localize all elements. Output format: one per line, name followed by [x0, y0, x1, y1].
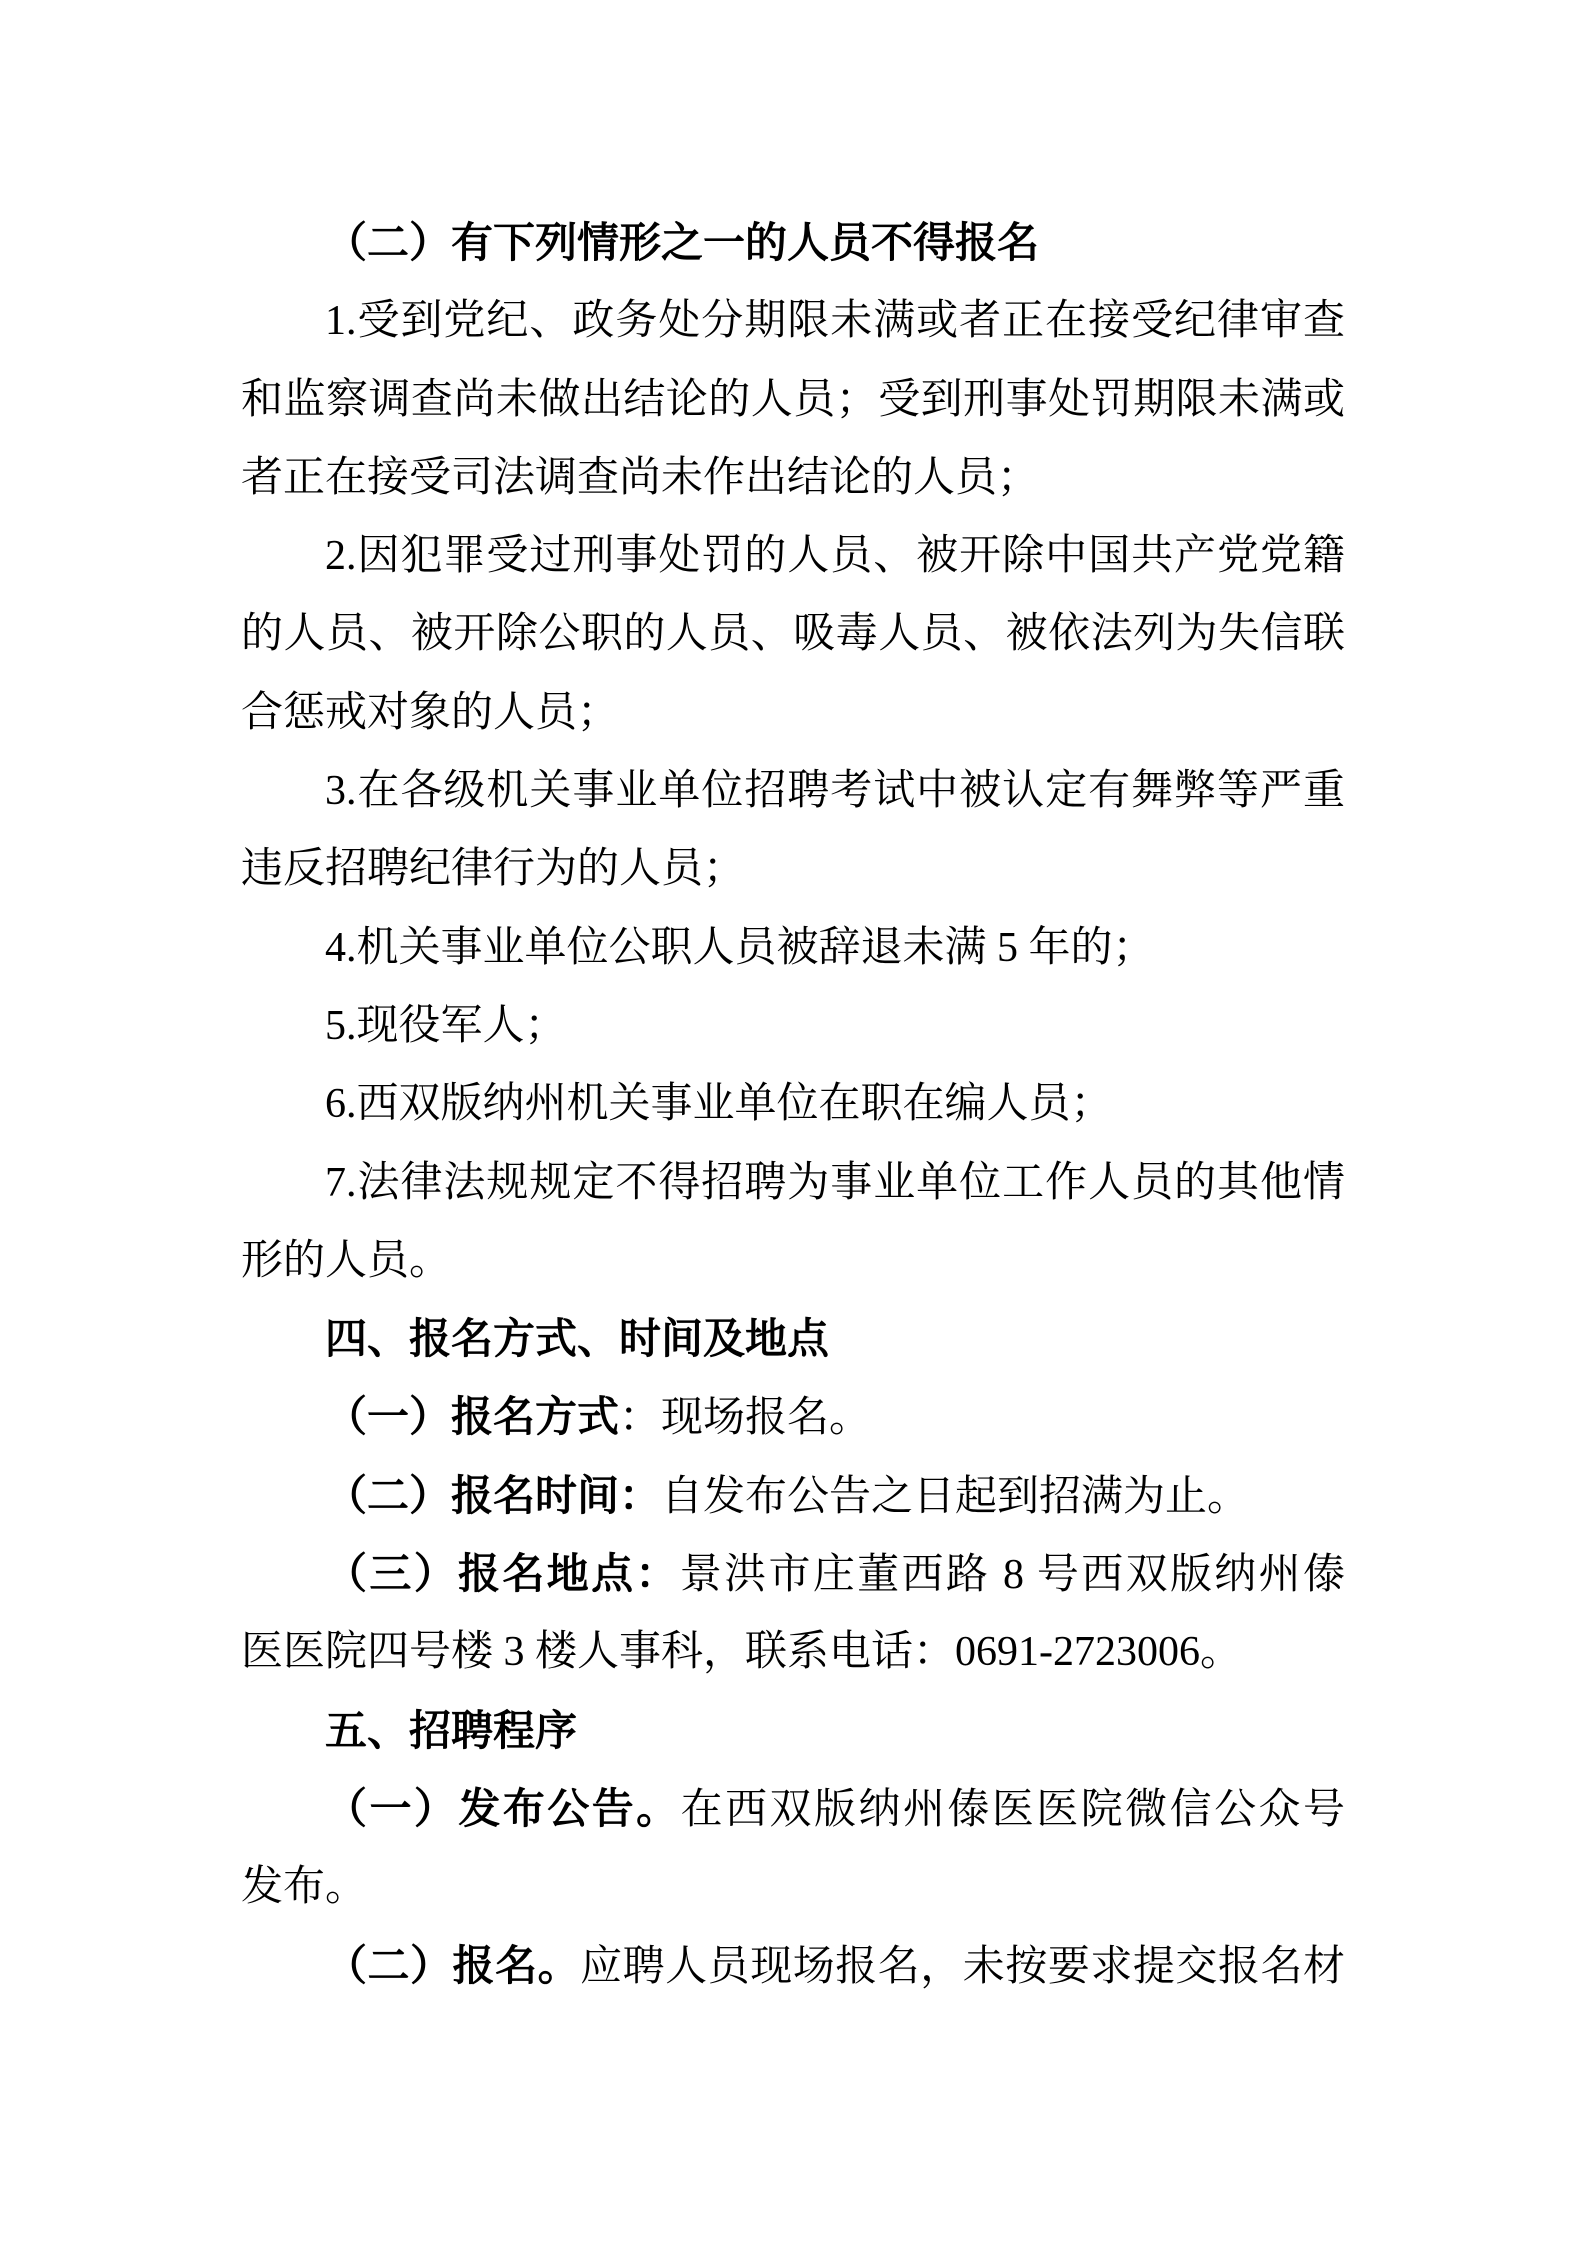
text-run: 违反招聘纪律行为的人员； [241, 846, 745, 892]
bold-text-run: （一）发布公告。 [325, 1785, 681, 1832]
text-run: 3.在各级机关事业单位招聘考试中被认定有舞弊等严重 [325, 768, 1345, 814]
text-line: 发布。 [241, 1848, 1345, 1926]
text-line: 4.机关事业单位公职人员被辞退未满 5 年的； [241, 909, 1345, 987]
text-line: 1.受到党纪、政务处分期限未满或者正在接受纪律审查 [241, 282, 1345, 360]
text-line: 2.因犯罪受过刑事处罚的人员、被开除中国共产党党籍 [241, 517, 1345, 595]
document-page: （二）有下列情形之一的人员不得报名1.受到党纪、政务处分期限未满或者正在接受纪律… [0, 0, 1587, 2245]
text-line: 违反招聘纪律行为的人员； [241, 830, 1345, 908]
text-run: 合惩戒对象的人员； [241, 690, 619, 736]
text-run: 自发布公告之日起到招满为止。 [661, 1474, 1249, 1520]
text-run: 应聘人员现场报名，未按要求提交报名材 [580, 1944, 1345, 1990]
document-content: （二）有下列情形之一的人员不得报名1.受到党纪、政务处分期限未满或者正在接受纪律… [241, 204, 1345, 2005]
text-line: 的人员、被开除公职的人员、吸毒人员、被依法列为失信联 [241, 595, 1345, 673]
text-run: 5.现役军人； [325, 1003, 567, 1049]
text-line: （三）报名地点：景洪市庄董西路 8 号西双版纳州傣 [241, 1535, 1345, 1613]
text-run: 景洪市庄董西路 8 号西双版纳州傣 [680, 1552, 1345, 1598]
text-run: ：现场报名。 [619, 1395, 871, 1441]
bold-text-run: （二）报名时间： [325, 1472, 661, 1519]
bold-text-run: （二）报名。 [325, 1942, 580, 1989]
text-line: 四、报名方式、时间及地点 [241, 1300, 1345, 1378]
text-line: （二）报名时间：自发布公告之日起到招满为止。 [241, 1457, 1345, 1535]
text-run: 2.因犯罪受过刑事处罚的人员、被开除中国共产党党籍 [325, 533, 1345, 579]
text-run: 形的人员。 [241, 1238, 451, 1284]
text-run: 和监察调查尚未做出结论的人员；受到刑事处罚期限未满或 [241, 377, 1345, 423]
text-run: 医医院四号楼 3 楼人事科，联系电话：0691-2723006。 [241, 1629, 1242, 1675]
text-run: 6.西双版纳州机关事业单位在职在编人员； [325, 1081, 1113, 1127]
bold-text-run: （一）报名方式 [325, 1393, 619, 1440]
text-run: 4.机关事业单位公职人员被辞退未满 5 年的； [325, 925, 1155, 971]
text-line: （二）报名。应聘人员现场报名，未按要求提交报名材 [241, 1927, 1345, 2005]
text-line: 合惩戒对象的人员； [241, 674, 1345, 752]
text-line: 5.现役军人； [241, 987, 1345, 1065]
text-line: 医医院四号楼 3 楼人事科，联系电话：0691-2723006。 [241, 1613, 1345, 1691]
bold-text-run: （二）有下列情形之一的人员不得报名 [325, 219, 1039, 266]
text-run: 7.法律法规规定不得招聘为事业单位工作人员的其他情 [325, 1160, 1345, 1206]
text-line: 7.法律法规规定不得招聘为事业单位工作人员的其他情 [241, 1144, 1345, 1222]
text-line: 6.西双版纳州机关事业单位在职在编人员； [241, 1065, 1345, 1143]
text-line: 和监察调查尚未做出结论的人员；受到刑事处罚期限未满或 [241, 361, 1345, 439]
text-run: 者正在接受司法调查尚未作出结论的人员； [241, 455, 1039, 501]
text-run: 的人员、被开除公职的人员、吸毒人员、被依法列为失信联 [241, 611, 1345, 657]
text-run: 发布。 [241, 1864, 367, 1910]
text-line: （二）有下列情形之一的人员不得报名 [241, 204, 1345, 282]
text-line: 者正在接受司法调查尚未作出结论的人员； [241, 439, 1345, 517]
text-line: 形的人员。 [241, 1222, 1345, 1300]
text-line: 五、招聘程序 [241, 1692, 1345, 1770]
bold-text-run: 四、报名方式、时间及地点 [325, 1315, 829, 1362]
text-line: （一）报名方式：现场报名。 [241, 1378, 1345, 1456]
text-line: 3.在各级机关事业单位招聘考试中被认定有舞弊等严重 [241, 752, 1345, 830]
bold-text-run: 五、招聘程序 [325, 1707, 577, 1754]
bold-text-run: （三）报名地点： [325, 1550, 680, 1597]
text-run: 1.受到党纪、政务处分期限未满或者正在接受纪律审查 [325, 298, 1345, 344]
text-line: （一）发布公告。在西双版纳州傣医医院微信公众号 [241, 1770, 1345, 1848]
text-run: 在西双版纳州傣医医院微信公众号 [681, 1787, 1345, 1833]
